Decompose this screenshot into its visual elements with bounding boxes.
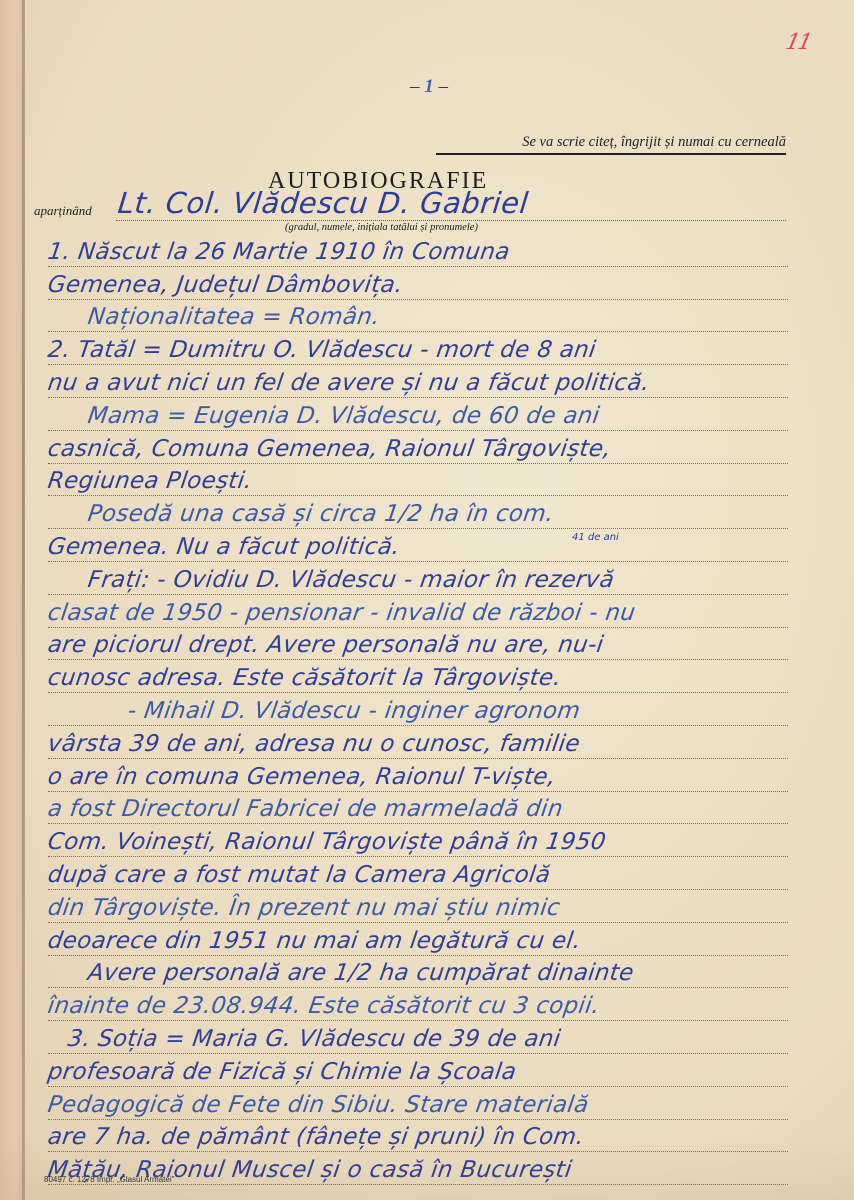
handwritten-line-text: Gemenea. Nu a făcut politică.: [46, 534, 401, 560]
handwritten-line: din Târgoviște. În prezent nu mai știu n…: [48, 890, 788, 923]
handwritten-line-text: 3. Soția = Maria G. Vlădescu de 39 de an…: [66, 1026, 562, 1052]
handwritten-line: Naționalitatea = Român.: [48, 300, 788, 333]
handwritten-line-text: - Mihail D. Vlădescu - inginer agronom: [126, 698, 582, 724]
handwritten-line-text: Com. Voinești, Raionul Târgoviște până î…: [46, 829, 607, 855]
handwritten-line: Frați: - Ovidiu D. Vlădescu - maior în r…: [48, 562, 788, 595]
handwritten-line: Com. Voinești, Raionul Târgoviște până î…: [48, 824, 788, 857]
handwritten-line-text: 1. Născut la 26 Martie 1910 în Comuna: [46, 239, 511, 265]
handwritten-line: după care a fost mutat la Camera Agricol…: [48, 857, 788, 890]
handwritten-line: Gemenea. Nu a făcut politică.: [48, 529, 788, 562]
handwritten-line: a fost Directorul Fabricei de marmeladă …: [48, 792, 788, 825]
handwritten-body: 1. Născut la 26 Martie 1910 în ComunaGem…: [48, 234, 788, 1185]
handwritten-line-text: nu a avut nici un fel de avere și nu a f…: [46, 370, 651, 396]
handwritten-line: 2. Tatăl = Dumitru O. Vlădescu - mort de…: [48, 332, 788, 365]
handwritten-line: are piciorul drept. Avere personală nu a…: [48, 628, 788, 661]
page-shading: [0, 1140, 854, 1200]
handwritten-line-text: Frați: - Ovidiu D. Vlădescu - maior în r…: [86, 567, 616, 593]
handwritten-line: deoarece din 1951 nu mai am legătură cu …: [48, 923, 788, 956]
owner-name: Lt. Col. Vlădescu D. Gabriel: [116, 186, 530, 220]
handwritten-line-text: Regiunea Ploești.: [46, 468, 254, 494]
document-page: 11 – 1 – Se va scrie citeț, îngrijit și …: [0, 0, 854, 1200]
handwritten-line: nu a avut nici un fel de avere și nu a f…: [48, 365, 788, 398]
handwritten-line-text: Gemenea, Județul Dâmbovița.: [46, 272, 404, 298]
handwritten-line: Pedagogică de Fete din Sibiu. Stare mate…: [48, 1087, 788, 1120]
handwritten-line: profesoară de Fizică și Chimie la Școala: [48, 1054, 788, 1087]
handwritten-line-text: înainte de 23.08.944. Este căsătorit cu …: [46, 993, 601, 1019]
handwritten-line: Avere personală are 1/2 ha cumpărat dina…: [48, 956, 788, 989]
handwritten-line-text: clasat de 1950 - pensionar - invalid de …: [46, 600, 637, 626]
handwritten-line: înainte de 23.08.944. Este căsătorit cu …: [48, 988, 788, 1021]
handwritten-line: vârsta 39 de ani, adresa nu o cunosc, fa…: [48, 726, 788, 759]
handwritten-line: 3. Soția = Maria G. Vlădescu de 39 de an…: [48, 1021, 788, 1054]
fold-line: [22, 0, 25, 1200]
handwritten-line: Mama = Eugenia D. Vlădescu, de 60 de ani: [48, 398, 788, 431]
handwritten-line-text: a fost Directorul Fabricei de marmeladă …: [46, 796, 565, 822]
handwritten-line: Regiunea Ploești.: [48, 464, 788, 497]
handwritten-line-text: casnică, Comuna Gemenea, Raionul Târgovi…: [46, 436, 613, 462]
page-number-handwritten: 1: [424, 76, 434, 97]
handwritten-line-text: Mama = Eugenia D. Vlădescu, de 60 de ani: [86, 403, 601, 429]
writing-instruction: Se va scrie citeț, îngrijit și numai cu …: [436, 134, 786, 155]
page-number: – 1 –: [384, 76, 474, 98]
handwritten-line-text: cunosc adresa. Este căsătorit la Târgovi…: [46, 665, 563, 691]
handwritten-line: casnică, Comuna Gemenea, Raionul Târgovi…: [48, 431, 788, 464]
handwritten-line: Gemenea, Județul Dâmbovița.: [48, 267, 788, 300]
handwritten-line-text: după care a fost mutat la Camera Agricol…: [46, 862, 552, 888]
owner-label: aparținând: [34, 203, 92, 219]
owner-hint: (gradul, numele, inițiala tatălui și pro…: [285, 222, 478, 233]
handwritten-line-text: deoarece din 1951 nu mai am legătură cu …: [46, 928, 582, 954]
handwritten-line: - Mihail D. Vlădescu - inginer agronom: [48, 693, 788, 726]
handwritten-line: clasat de 1950 - pensionar - invalid de …: [48, 595, 788, 628]
handwritten-line-text: are piciorul drept. Avere personală nu a…: [46, 632, 605, 658]
handwritten-line: Posedă una casă și circa 1/2 ha în com.: [48, 496, 788, 529]
handwritten-line-text: o are în comuna Gemenea, Raionul T-viște…: [46, 764, 557, 790]
handwritten-line-text: din Târgoviște. În prezent nu mai știu n…: [46, 895, 562, 921]
handwritten-line-text: Avere personală are 1/2 ha cumpărat dina…: [86, 960, 635, 986]
handwritten-line-text: Naționalitatea = Român.: [86, 304, 381, 330]
binding-edge: [0, 0, 24, 1200]
age-annotation: 41 de ani: [572, 532, 619, 543]
handwritten-line-text: profesoară de Fizică și Chimie la Școala: [46, 1059, 518, 1085]
folio-mark: 11: [783, 30, 812, 55]
handwritten-line-text: Pedagogică de Fete din Sibiu. Stare mate…: [46, 1092, 590, 1118]
handwritten-line-text: vârsta 39 de ani, adresa nu o cunosc, fa…: [46, 731, 582, 757]
handwritten-line: cunosc adresa. Este căsătorit la Târgovi…: [48, 660, 788, 693]
handwritten-line: o are în comuna Gemenea, Raionul T-viște…: [48, 759, 788, 792]
handwritten-line: 1. Născut la 26 Martie 1910 în Comuna: [48, 234, 788, 267]
owner-dotted-line: [116, 220, 786, 221]
handwritten-line-text: 2. Tatăl = Dumitru O. Vlădescu - mort de…: [46, 337, 597, 363]
handwritten-line-text: Posedă una casă și circa 1/2 ha în com.: [86, 501, 555, 527]
